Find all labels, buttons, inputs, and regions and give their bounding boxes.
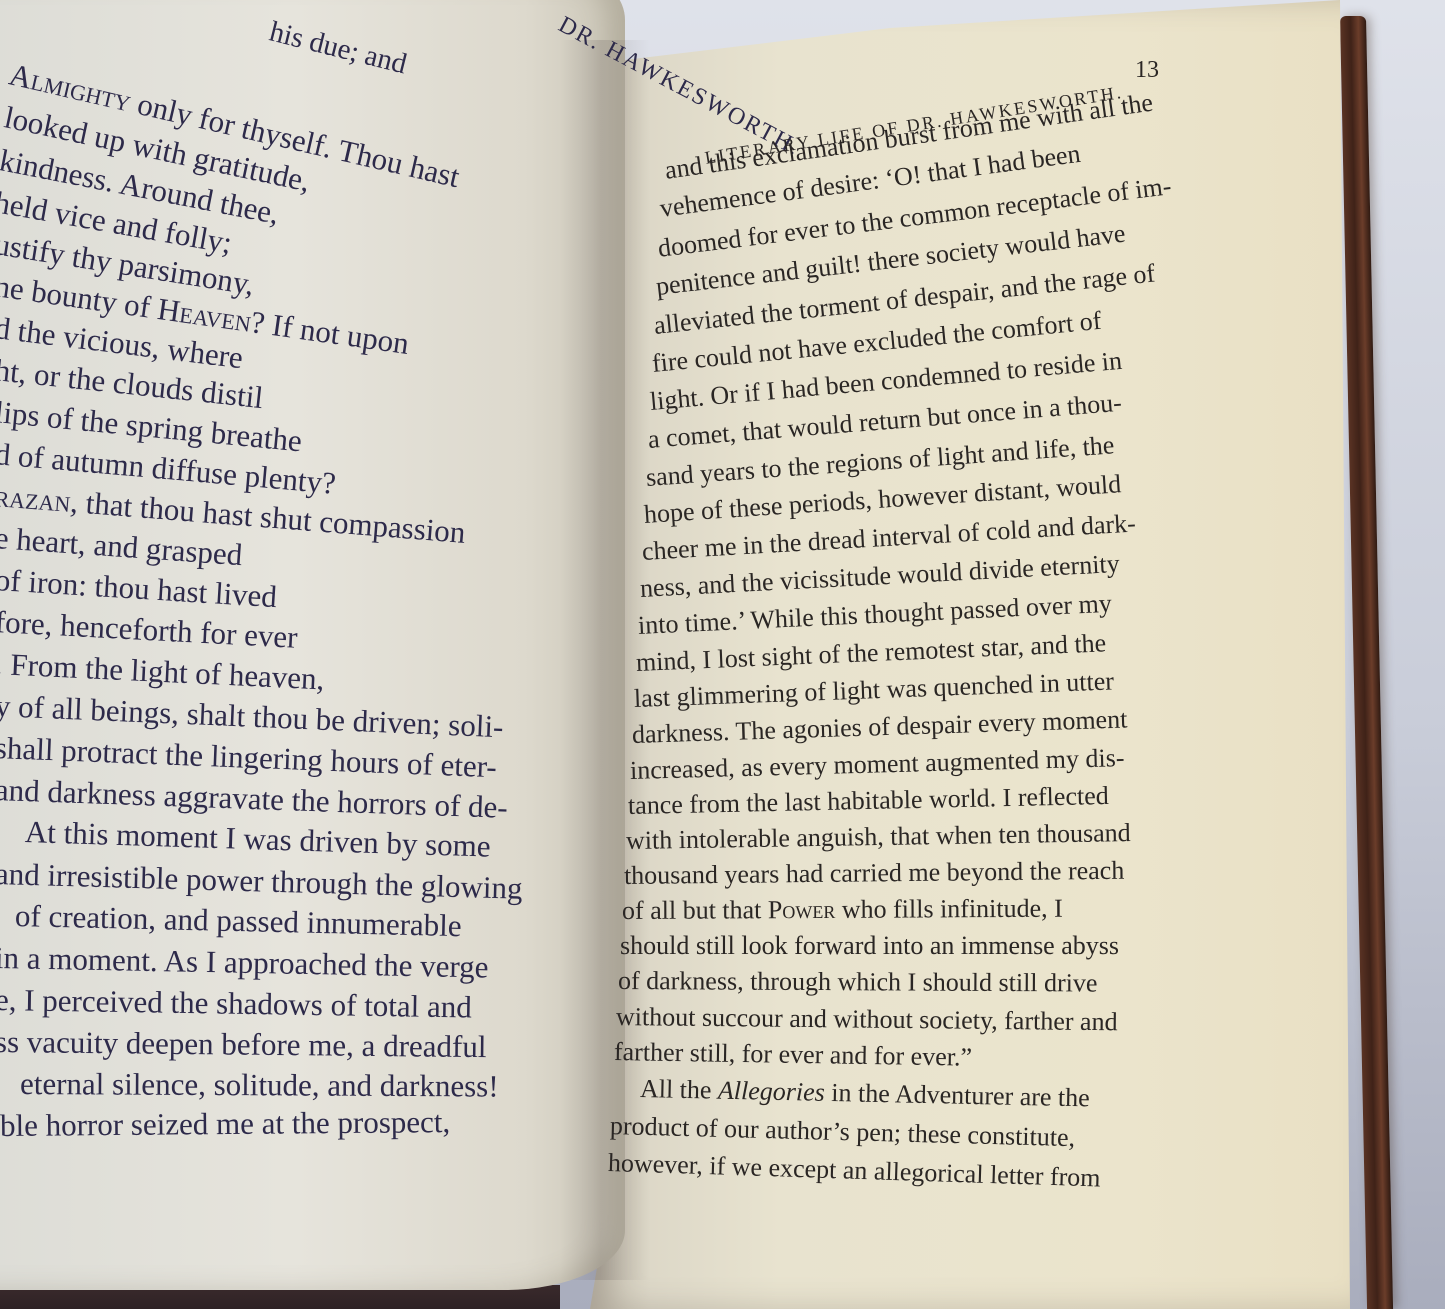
text-line: farther still, for ever and for ever.” — [614, 1033, 973, 1076]
text-line: ble horror seized me at the prospect, — [0, 1100, 450, 1147]
text-line: of all but that Power who fills infinitu… — [622, 890, 1063, 929]
text-line: of darkness, through which I should stil… — [618, 962, 1098, 1002]
text-line: thousand years had carried me beyond the… — [624, 852, 1125, 894]
text-line: should still look forward into an immens… — [620, 927, 1119, 964]
text-line: ss vacuity deepen before me, a dreadful — [0, 1020, 487, 1068]
photo-scene: DR. HAWKESWORTH. his due; and Almighty o… — [0, 0, 1445, 1309]
